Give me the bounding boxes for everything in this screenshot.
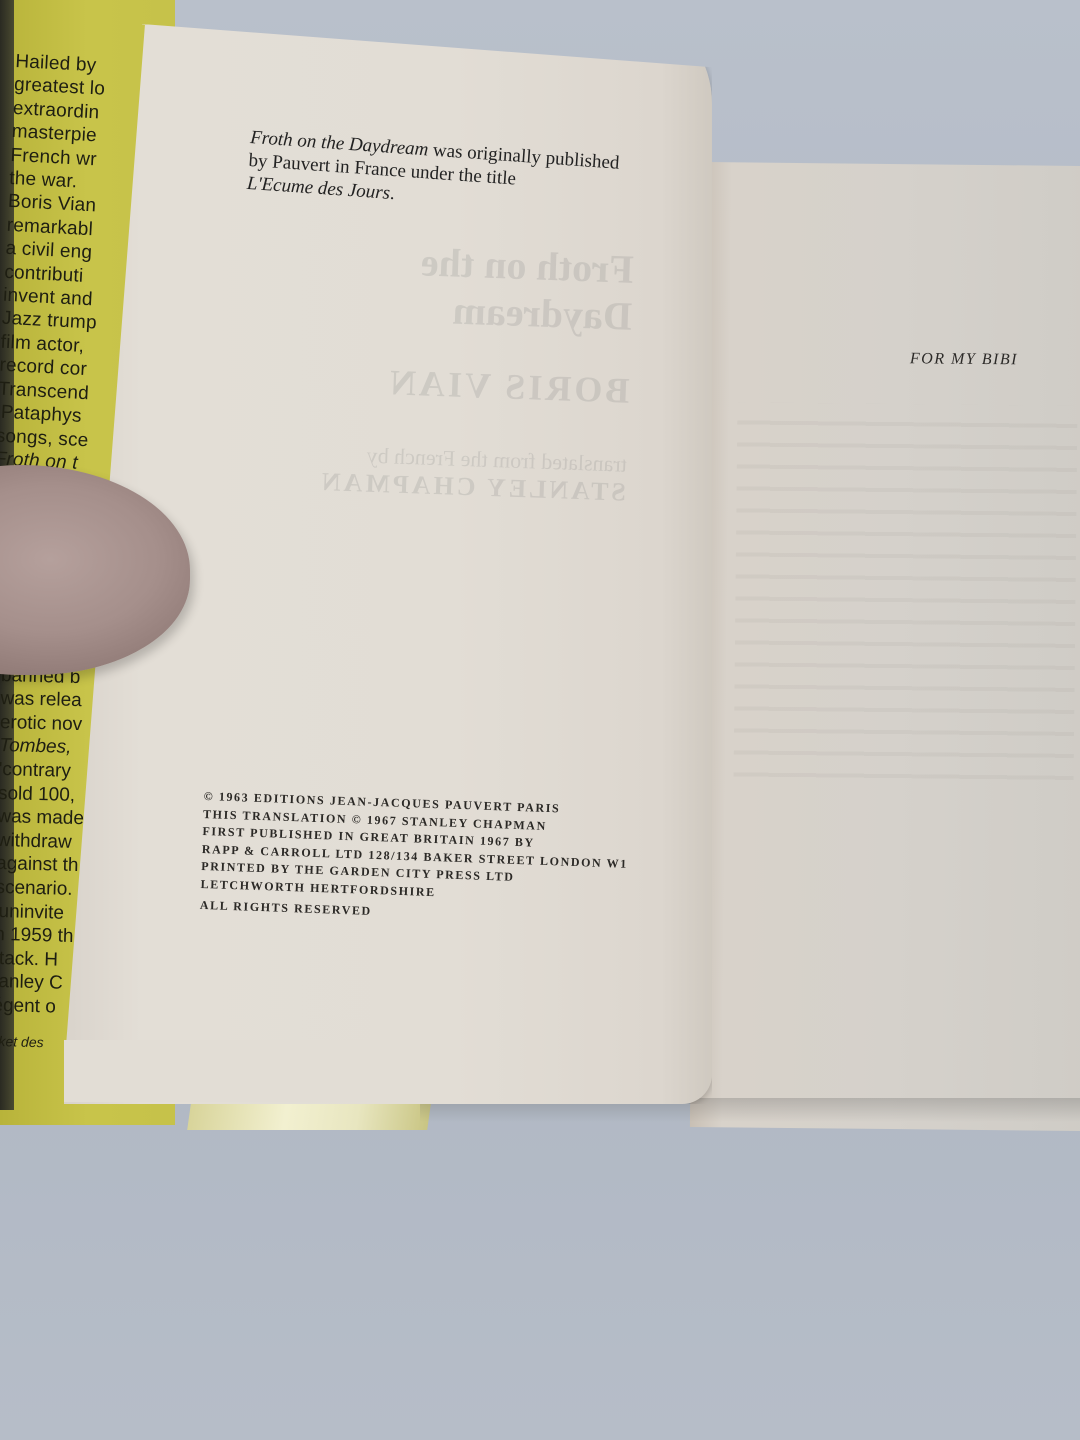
dedication-text: FOR MY BIBI [910,350,1018,369]
bleed-title: Froth on the Daydream [301,234,634,339]
show-through-title: Froth on the Daydream BORIS VIAN transla… [296,234,635,505]
bleed-author: BORIS VIAN [299,358,630,411]
copyright-page-bottom [64,1040,424,1102]
show-through-text [734,402,1078,786]
note-period: . [389,183,395,204]
copyright-block: © 1963 Editions Jean-Jacques Pauvert Par… [200,788,684,931]
dedication-page: FOR MY BIBI [690,162,1080,1131]
